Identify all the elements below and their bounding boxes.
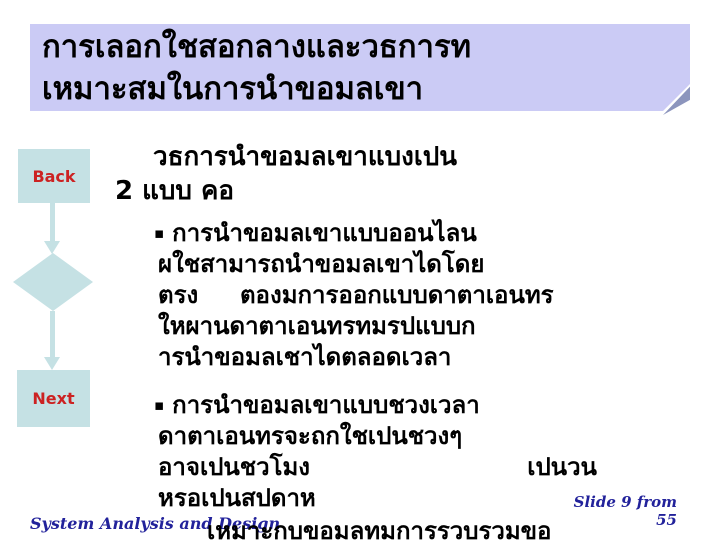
- content-heading-line2: 2 แบบ คอ: [115, 170, 234, 211]
- slide-title: การเลอกใชสอกลางและวธการทเหมาะสมในการนำขอ…: [30, 24, 690, 110]
- bullet-line: ตรง ตองมการออกแบบดาตาเอนทร: [158, 280, 654, 311]
- down-arrow-stem: [50, 311, 55, 358]
- next-button[interactable]: Next: [17, 370, 90, 427]
- clipped-text-line: เหมาะกบขอมลทมการรวบรวมขอ: [207, 516, 551, 540]
- slide-number-line1: Slide 9 from: [574, 493, 677, 511]
- next-button-label: Next: [32, 389, 74, 408]
- bullet-line: อาจเปนชวโมง เปนวน: [158, 452, 654, 483]
- slide-number: Slide 9 from55: [574, 493, 677, 529]
- down-arrow-icon: [44, 241, 60, 254]
- bullet-line: ▪การนำขอมลเขาแบบชวงเวลา: [154, 390, 654, 421]
- title-banner: การเลอกใชสอกลางและวธการทเหมาะสมในการนำขอ…: [30, 24, 690, 111]
- bullet-line: ใหผานดาตาเอนทรทมรปแบบก: [158, 311, 654, 342]
- down-arrow-stem: [50, 203, 55, 241]
- presentation-slide: การเลอกใชสอกลางและวธการทเหมาะสมในการนำขอ…: [0, 0, 720, 540]
- bullet-text: การนำขอมลเขาแบบออนไลน: [172, 219, 477, 247]
- bullet-square-icon: ▪: [154, 390, 164, 421]
- bullet-line: ผใชสามารถนำขอมลเขาไดโดย: [158, 249, 654, 280]
- back-button-label: Back: [32, 167, 75, 186]
- bullet-line: ารนำขอมลเชาไดตลอดเวลา: [158, 342, 654, 373]
- bullet-square-icon: ▪: [154, 218, 164, 249]
- bullet-line: ▪การนำขอมลเขาแบบออนไลน: [154, 218, 654, 249]
- slide-title-line2: เหมาะสมในการนำขอมลเขา: [42, 68, 690, 110]
- decision-diamond-shape: [13, 253, 93, 311]
- bullet-item-online-entry: ▪การนำขอมลเขาแบบออนไลน ผใชสามารถนำขอมลเข…: [154, 218, 654, 373]
- down-arrow-icon: [44, 357, 60, 370]
- bullet-text: การนำขอมลเขาแบบชวงเวลา: [172, 391, 480, 419]
- back-button[interactable]: Back: [18, 149, 90, 203]
- slide-title-line1: การเลอกใชสอกลางและวธการท: [42, 26, 690, 68]
- bullet-line: ดาตาเอนทรจะถกใชเปนชวงๆ: [158, 421, 654, 452]
- slide-number-line2: 55: [574, 511, 677, 529]
